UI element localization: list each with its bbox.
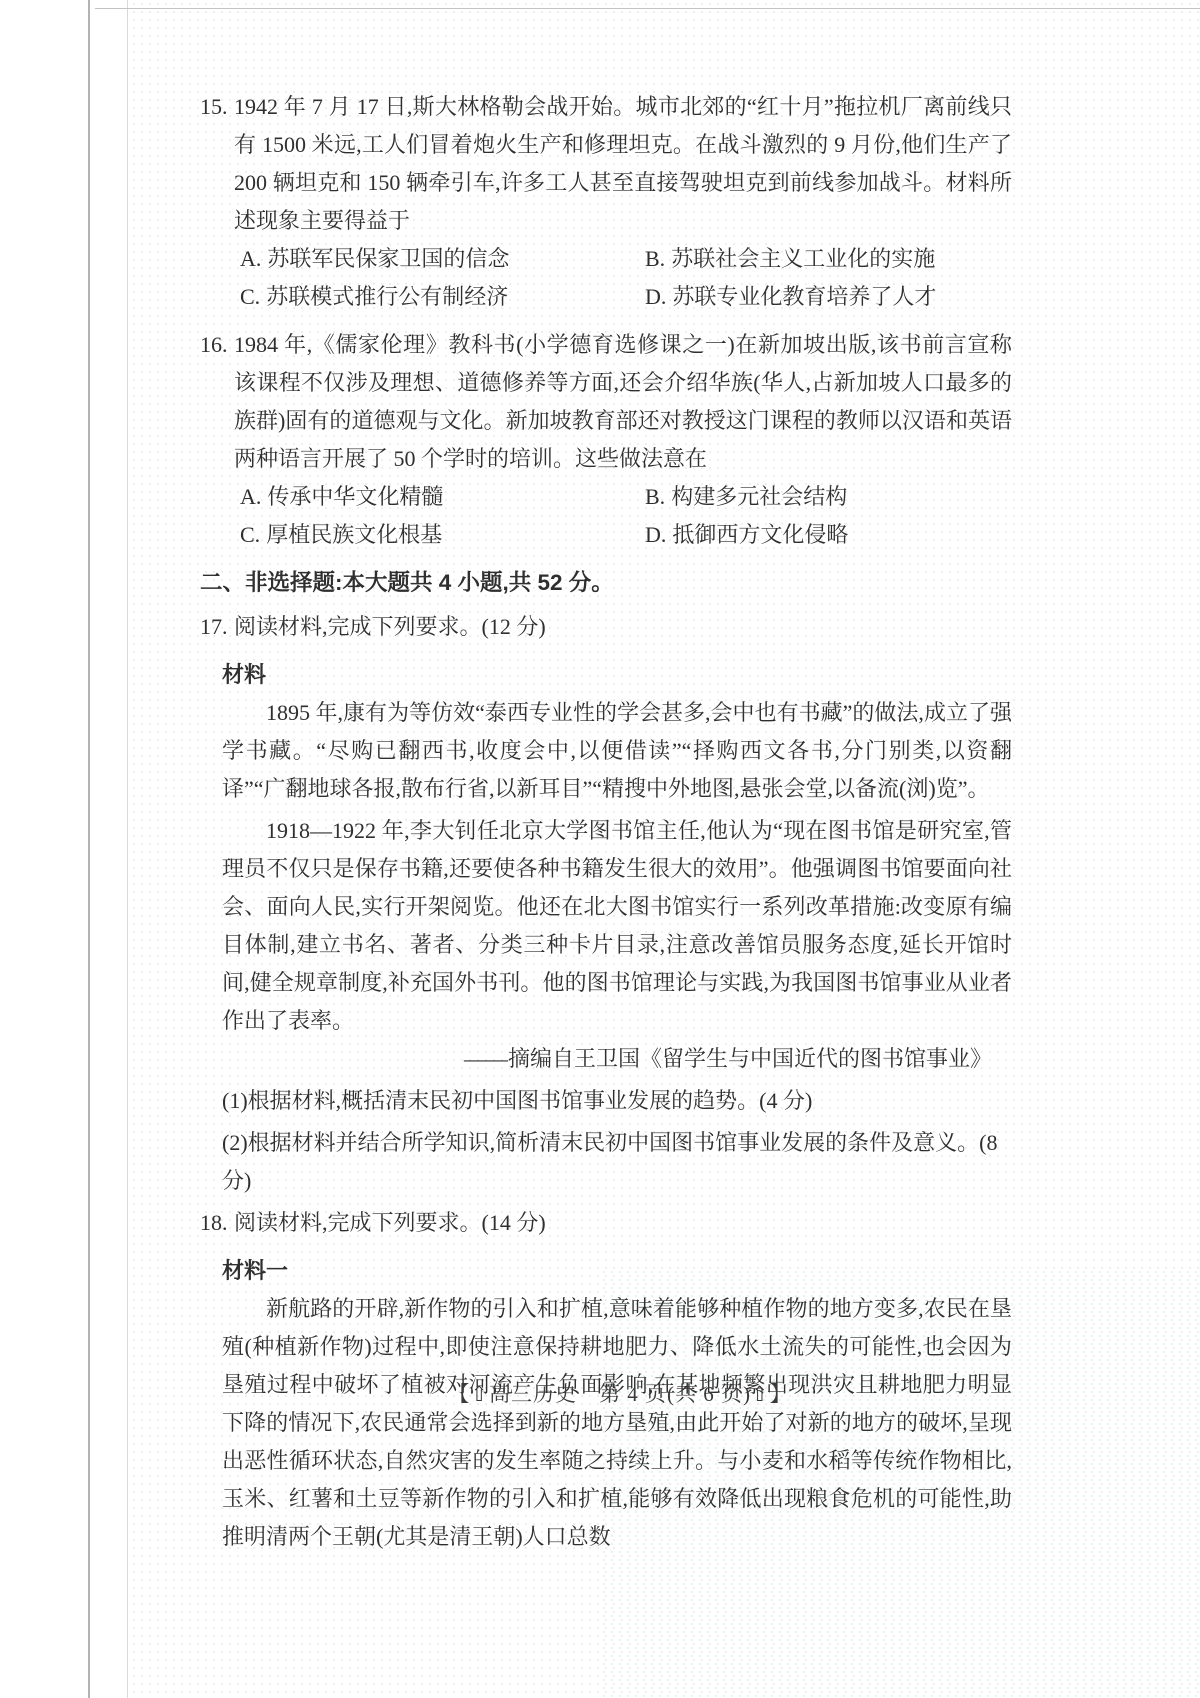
question-17-material-paragraph-1: 1895 年,康有为等仿效“泰西专业性的学会甚多,会中也有书藏”的做法,成立了强… — [222, 694, 1012, 808]
question-15-option-a: A.苏联军民保家卫国的信念 — [240, 240, 645, 278]
option-letter: D. — [645, 522, 666, 547]
option-letter: C. — [240, 522, 260, 547]
option-text: 构建多元社会结构 — [671, 484, 847, 509]
question-18-number: 18. — [200, 1204, 228, 1242]
question-17-subquestion-1: (1)根据材料,概括清末民初中国图书馆事业发展的趋势。(4 分) — [222, 1082, 1012, 1120]
question-16-number: 16. — [200, 326, 228, 364]
question-15-option-d: D.苏联专业化教育培养了人才 — [645, 278, 1012, 316]
option-letter: B. — [645, 246, 665, 271]
option-letter: C. — [240, 284, 260, 309]
scan-fold-line-outer — [88, 0, 90, 1698]
question-15-option-b: B.苏联社会主义工业化的实施 — [645, 240, 1012, 278]
question-18-material-label: 材料一 — [222, 1252, 1012, 1290]
option-text: 厚植民族文化根基 — [266, 522, 442, 547]
option-letter: A. — [240, 246, 261, 271]
question-16: 16. 1984 年,《儒家伦理》教科书(小学德育选修课之一)在新加坡出版,该书… — [200, 326, 1012, 554]
question-17-source-attribution: ——摘编自王卫国《留学生与中国近代的图书馆事业》 — [200, 1040, 1012, 1078]
question-15: 15. 1942 年 7 月 17 日,斯大林格勒会战开始。城市北郊的“红十月”… — [200, 88, 1012, 316]
question-15-options: A.苏联军民保家卫国的信念 B.苏联社会主义工业化的实施 C.苏联模式推行公有制… — [234, 240, 1012, 316]
option-text: 苏联社会主义工业化的实施 — [671, 246, 935, 271]
option-text: 传承中华文化精髓 — [267, 484, 443, 509]
option-text: 苏联军民保家卫国的信念 — [267, 246, 509, 271]
question-17-material-label: 材料 — [222, 656, 1012, 694]
question-16-option-c: C.厚植民族文化根基 — [240, 516, 645, 554]
scan-fold-line-inner — [127, 0, 128, 1698]
question-16-option-b: B.构建多元社会结构 — [645, 478, 1012, 516]
question-17: 17. 阅读材料,完成下列要求。(12 分) — [200, 608, 1012, 646]
question-16-stem: 1984 年,《儒家伦理》教科书(小学德育选修课之一)在新加坡出版,该书前言宣称… — [234, 332, 1012, 471]
option-letter: D. — [645, 284, 666, 309]
question-17-subquestion-2: (2)根据材料并结合所学知识,简析清末民初中国图书馆事业发展的条件及意义。(8 … — [222, 1124, 1012, 1200]
question-16-option-a: A.传承中华文化精髓 — [240, 478, 645, 516]
page-footer: 【⇧高三历史 第 4 页(共 6 页)⇧】 — [40, 1378, 1200, 1408]
option-text: 苏联模式推行公有制经济 — [266, 284, 508, 309]
exam-page-content: 15. 1942 年 7 月 17 日,斯大林格勒会战开始。城市北郊的“红十月”… — [200, 88, 1012, 1556]
option-letter: A. — [240, 484, 261, 509]
section-2-title: 二、非选择题:本大题共 4 小题,共 52 分。 — [200, 564, 1012, 602]
question-18-material-paragraph-1: 新航路的开辟,新作物的引入和扩植,意味着能够种植作物的地方变多,农民在垦殖(种植… — [222, 1290, 1012, 1556]
question-15-stem: 1942 年 7 月 17 日,斯大林格勒会战开始。城市北郊的“红十月”拖拉机厂… — [234, 94, 1012, 233]
option-text: 抵御西方文化侵略 — [672, 522, 848, 547]
question-15-option-c: C.苏联模式推行公有制经济 — [240, 278, 645, 316]
question-17-material-paragraph-2: 1918—1922 年,李大钊任北京大学图书馆主任,他认为“现在图书馆是研究室,… — [222, 812, 1012, 1040]
question-17-number: 17. — [200, 608, 228, 646]
question-15-number: 15. — [200, 88, 228, 126]
question-16-option-d: D.抵御西方文化侵略 — [645, 516, 1012, 554]
option-letter: B. — [645, 484, 665, 509]
question-18-intro: 阅读材料,完成下列要求。(14 分) — [234, 1210, 546, 1235]
question-17-intro: 阅读材料,完成下列要求。(12 分) — [234, 614, 546, 639]
scan-top-edge-line — [95, 8, 1200, 9]
option-text: 苏联专业化教育培养了人才 — [672, 284, 936, 309]
question-16-options: A.传承中华文化精髓 B.构建多元社会结构 C.厚植民族文化根基 D.抵御西方文… — [234, 478, 1012, 554]
question-18: 18. 阅读材料,完成下列要求。(14 分) — [200, 1204, 1012, 1242]
